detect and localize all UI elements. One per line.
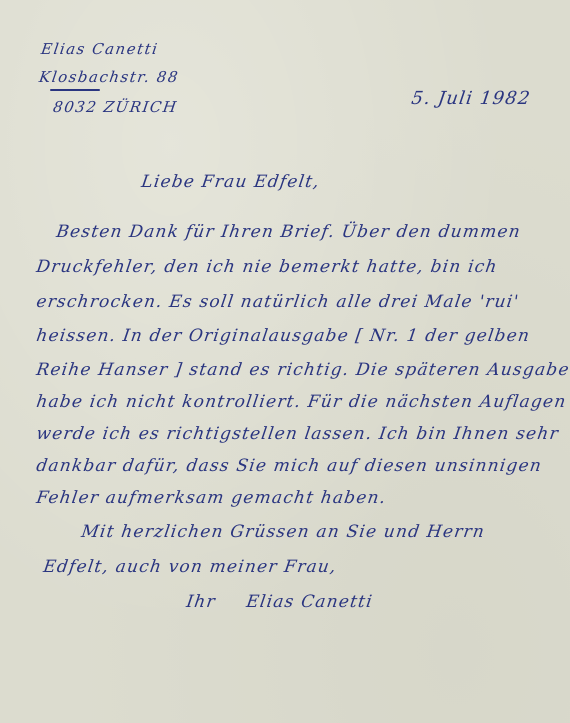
letter-page: Elias Canetti Klosbachstr. 88 8032 ZÜRIC… — [0, 0, 570, 723]
signature-name: Elias Canetti — [245, 592, 374, 612]
sender-name: Elias Canetti — [40, 40, 160, 58]
closing-line-2: Edfelt, auch von meiner Frau, — [42, 557, 338, 577]
salutation: Liebe Frau Edfelt, — [140, 172, 321, 192]
signature-prefix: Ihr — [185, 592, 217, 612]
street-underline — [50, 89, 100, 91]
body-line-8: dankbar dafür, dass Sie mich auf diesen … — [35, 456, 543, 476]
closing-line-1: Mit herzlichen Grüssen an Sie und Herrn — [80, 522, 486, 542]
body-line-9: Fehler aufmerksam gemacht haben. — [35, 488, 388, 508]
sender-street: Klosbachstr. 88 — [38, 68, 180, 86]
sender-city: 8032 ZÜRICH — [52, 98, 179, 116]
body-line-4: heissen. In der Originalausgabe [ Nr. 1 … — [35, 326, 532, 346]
body-line-5: Reihe Hanser ] stand es richtig. Die spä… — [35, 360, 570, 380]
body-line-2: Druckfehler, den ich nie bemerkt hatte, … — [35, 257, 499, 277]
body-line-7: werde ich es richtigstellen lassen. Ich … — [35, 424, 560, 444]
body-line-6: habe ich nicht kontrolliert. Für die näc… — [35, 392, 568, 412]
body-line-1: Besten Dank für Ihren Brief. Über den du… — [55, 222, 522, 242]
body-line-3: erschrocken. Es soll natürlich alle drei… — [35, 292, 521, 312]
letter-date: 5. Juli 1982 — [410, 88, 532, 109]
